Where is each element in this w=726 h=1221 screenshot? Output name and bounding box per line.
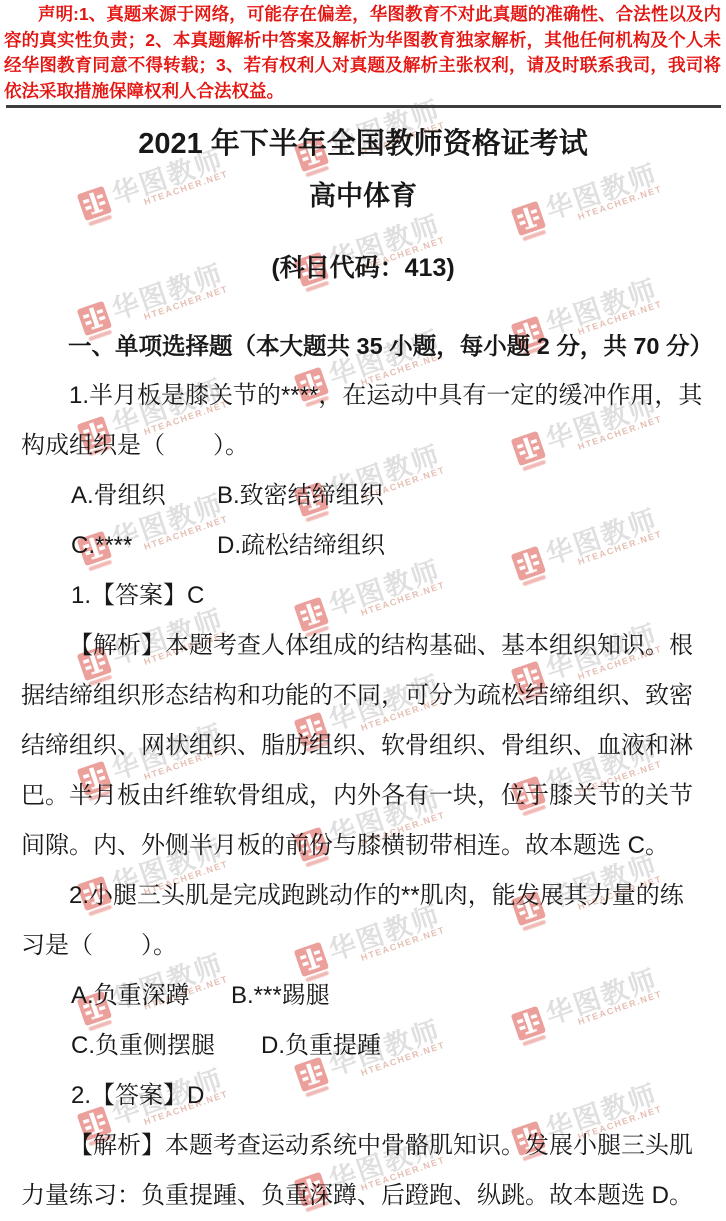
divider-rule <box>6 105 721 108</box>
option-b: B.***踢腿 <box>231 982 330 1009</box>
question-1-stem-line: 构成组织是（ ）。 <box>21 421 704 471</box>
disclaimer-line: 依法采取措施保障权利人合法权益。 <box>4 79 721 105</box>
exam-body: 一、单项选择题（本大题共 35 小题，每小题 2 分，共 70 分） 1.半月板… <box>21 321 704 1221</box>
disclaimer-line: 经华图教育同意不得转载；3、若有权利人对真题及解析主张权利，请及时联系我司，我司… <box>4 53 721 79</box>
question-1-analysis-line: 间隙。内、外侧半月板的前份与膝横韧带相连。故本题选 C。 <box>21 821 704 871</box>
question-1-stem-line: 1.半月板是膝关节的****，在运动中具有一定的缓冲作用，其 <box>21 371 704 421</box>
exam-title: 2021 年下半年全国教师资格证考试 <box>0 122 726 166</box>
question-1-options-row: A.骨组织B.致密结缔组织 <box>21 471 704 521</box>
option-a: A.负重深蹲 <box>71 971 231 1021</box>
question-1-answer: 1.【答案】C <box>21 571 704 621</box>
question-1-analysis-line: 结缔组织、网状组织、脂肪组织、软骨组织、骨组织、血液和淋 <box>21 721 704 771</box>
question-1-analysis-line: 巴。半月板由纤维软骨组成，内外各有一块，位于膝关节的关节 <box>21 771 704 821</box>
option-d: D.负重提踵 <box>261 1032 381 1059</box>
question-1-options-row: C.****D.疏松结缔组织 <box>21 521 704 571</box>
question-2-options-row: A.负重深蹲B.***踢腿 <box>21 971 704 1021</box>
option-c: C.负重侧摆腿 <box>71 1021 261 1071</box>
question-2-options-row: C.负重侧摆腿D.负重提踵 <box>21 1021 704 1071</box>
question-2-answer: 2.【答案】D <box>21 1071 704 1121</box>
subject-code: (科目代码：413) <box>0 250 726 286</box>
option-c: C.**** <box>71 521 217 571</box>
question-2-stem-line: 习是（ ）。 <box>21 921 704 971</box>
exam-subject: 高中体育 <box>0 176 726 216</box>
disclaimer-line: 声明:1、真题来源于网络，可能存在偏差，华图教育不对此真题的准确性、合法性以及内 <box>4 2 721 28</box>
section-heading: 一、单项选择题（本大题共 35 小题，每小题 2 分，共 70 分） <box>21 321 704 371</box>
disclaimer-label: 声明: <box>38 4 79 24</box>
exam-page: 声明:1、真题来源于网络，可能存在偏差，华图教育不对此真题的准确性、合法性以及内… <box>0 0 726 1221</box>
disclaimer: 声明:1、真题来源于网络，可能存在偏差，华图教育不对此真题的准确性、合法性以及内… <box>0 0 726 104</box>
question-2-stem-line: 2.小腿三头肌是完成跑跳动作的**肌肉，能发展其力量的练 <box>21 871 704 921</box>
disclaimer-text: 1、真题来源于网络，可能存在偏差，华图教育不对此真题的准确性、合法性以及内 <box>79 4 721 24</box>
question-1-analysis-line: 据结缔组织形态结构和功能的不同，可分为疏松结缔组织、致密 <box>21 671 704 721</box>
option-b: B.致密结缔组织 <box>217 482 384 509</box>
question-2-analysis-line: 力量练习：负重提踵、负重深蹲、后蹬跑、纵跳。故本题选 D。 <box>21 1171 704 1221</box>
option-a: A.骨组织 <box>71 471 217 521</box>
question-1-analysis-line: 【解析】本题考查人体组成的结构基础、基本组织知识。根 <box>21 621 704 671</box>
disclaimer-line: 容的真实性负责；2、本真题解析中答案及解析为华图教育独家解析，其他任何机构及个人… <box>4 28 721 54</box>
option-d: D.疏松结缔组织 <box>217 532 385 559</box>
question-2-analysis-line: 【解析】本题考查运动系统中骨骼肌知识。发展小腿三头肌 <box>21 1121 704 1171</box>
